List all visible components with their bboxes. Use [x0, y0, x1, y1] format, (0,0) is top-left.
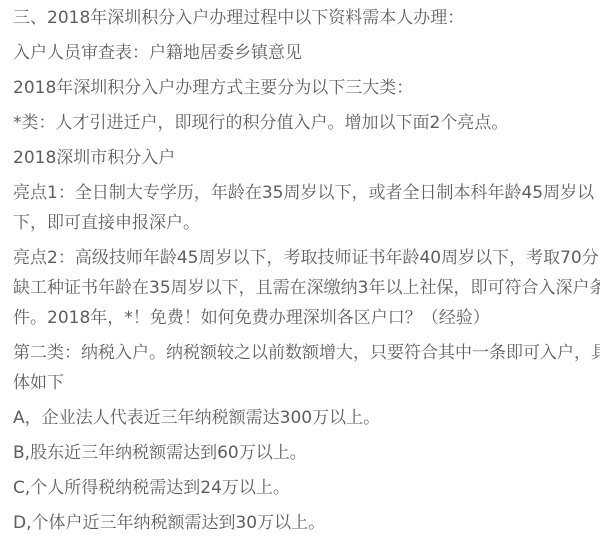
paragraph-highlight-1: 亮点1：全日制大专学历，年龄在35周岁以下，或者全日制本科年龄45周岁以 下，即…	[13, 178, 590, 238]
text-line: 件。2018年，*！免费！如何免费办理深圳各区户口？（经验）	[13, 303, 590, 333]
text-line: 第二类：纳税入户。纳税额较之以前数额增大，只要符合其中一条即可入户，具	[13, 338, 590, 368]
text-line: A，企业法人代表近三年纳税额需达300万以上。	[13, 403, 590, 433]
paragraph-subtitle-2018: 2018深圳市积分入户	[13, 143, 590, 173]
paragraph-category-tax: 第二类：纳税入户。纳税额较之以前数额增大，只要符合其中一条即可入户，具 体如下	[13, 338, 590, 398]
paragraph-highlight-2: 亮点2：高级技师年龄45周岁以下，考取技师证书年龄40周岁以下，考取70分紧 缺…	[13, 243, 590, 333]
paragraph-tax-item-d: D,个体户近三年纳税额需达到30万以上。	[13, 508, 590, 538]
text-line: 2018年深圳积分入户办理方式主要分为以下三大类：	[13, 73, 590, 103]
paragraph-materials-heading: 三、2018年深圳积分入户办理过程中以下资料需本人办理：	[13, 3, 590, 33]
paragraph-category-talent: *类：人才引进迁户，即现行的积分值入户。增加以下面2个亮点。	[13, 108, 590, 138]
text-line: B,股东近三年纳税额需达到60万以上。	[13, 438, 590, 468]
text-line: *类：人才引进迁户，即现行的积分值入户。增加以下面2个亮点。	[13, 108, 590, 138]
text-line: 入户人员审查表：户籍地居委乡镇意见	[13, 38, 590, 68]
text-line: D,个体户近三年纳税额需达到30万以上。	[13, 508, 590, 538]
text-line: 下，即可直接申报深户。	[13, 208, 590, 238]
paragraph-review-form: 入户人员审查表：户籍地居委乡镇意见	[13, 38, 590, 68]
text-line: 2018深圳市积分入户	[13, 143, 590, 173]
text-line: 三、2018年深圳积分入户办理过程中以下资料需本人办理：	[13, 3, 590, 33]
text-line: 缺工种证书年龄在35周岁以下，且需在深缴纳3年以上社保，即可符合入深户条	[13, 273, 590, 303]
paragraph-tax-item-c: C,个人所得税纳税需达到24万以上。	[13, 473, 590, 503]
text-line: C,个人所得税纳税需达到24万以上。	[13, 473, 590, 503]
paragraph-tax-item-a: A，企业法人代表近三年纳税额需达300万以上。	[13, 403, 590, 433]
text-line: 亮点2：高级技师年龄45周岁以下，考取技师证书年龄40周岁以下，考取70分紧	[13, 243, 590, 273]
paragraph-tax-item-b: B,股东近三年纳税额需达到60万以上。	[13, 438, 590, 468]
text-line: 亮点1：全日制大专学历，年龄在35周岁以下，或者全日制本科年龄45周岁以	[13, 178, 590, 208]
text-line: 体如下	[13, 368, 590, 398]
paragraph-three-categories-intro: 2018年深圳积分入户办理方式主要分为以下三大类：	[13, 73, 590, 103]
article-body: 三、2018年深圳积分入户办理过程中以下资料需本人办理： 入户人员审查表：户籍地…	[0, 0, 600, 544]
